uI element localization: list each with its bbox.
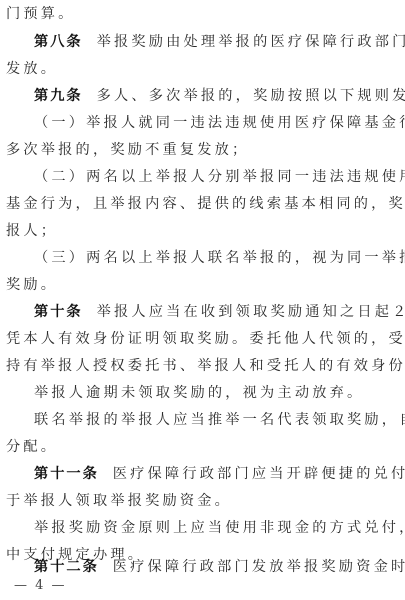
text-line: 凭本人有效身份证明领取奖励。委托他人代领的，受托人须同时	[6, 329, 399, 349]
document-page: 门预算。 第八条举报奖励由处理举报的医疗保障行政部门负责 发放。 第九条多人、多…	[0, 0, 405, 600]
article-heading: 第十二条	[34, 559, 99, 575]
article-heading: 第九条	[34, 88, 83, 104]
article-heading: 第十条	[34, 304, 83, 320]
article-text: 举报人应当在收到领取奖励通知之日起２个月内，	[97, 304, 405, 320]
article-heading: 第十一条	[34, 466, 99, 482]
article-text: 医疗保障行政部门应当开辟便捷的兑付渠道，便	[113, 466, 405, 482]
text-line: 于举报人领取举报奖励资金。	[6, 491, 399, 511]
text-line: 分配。	[6, 437, 399, 457]
article-11-line: 第十一条医疗保障行政部门应当开辟便捷的兑付渠道，便	[34, 464, 399, 484]
text-line: （一）举报人就同一违法违规使用医疗保障基金行为多处、	[34, 113, 399, 133]
article-8-line: 第八条举报奖励由处理举报的医疗保障行政部门负责	[34, 32, 399, 52]
article-text: 多人、多次举报的，奖励按照以下规则发放：	[97, 88, 405, 104]
text-line: 多次举报的，奖励不重复发放；	[6, 140, 399, 160]
article-text: 举报奖励由处理举报的医疗保障行政部门负责	[97, 34, 405, 50]
article-9-line: 第九条多人、多次举报的，奖励按照以下规则发放：	[34, 86, 399, 106]
text-line: （三）两名以上举报人联名举报的，视为同一举报人发放	[34, 248, 399, 268]
article-text: 医疗保障行政部门发放举报奖励资金时，应当严	[113, 559, 405, 575]
text-line: 奖励。	[6, 275, 399, 295]
text-line: 举报人逾期未领取奖励的，视为主动放弃。	[34, 383, 399, 403]
text-line: 报人；	[6, 221, 399, 241]
page-number: — 4 —	[14, 578, 67, 593]
article-10-line: 第十条举报人应当在收到领取奖励通知之日起２个月内，	[34, 302, 399, 322]
text-line: 门预算。	[6, 4, 399, 24]
text-line: 基金行为，且举报内容、提供的线索基本相同的，奖励最先举	[6, 194, 399, 214]
text-line: 持有举报人授权委托书、举报人和受托人的有效身份证明。	[6, 356, 399, 376]
text-line: 联名举报的举报人应当推举一名代表领取奖励，自行内部	[34, 410, 399, 430]
article-heading: 第八条	[34, 34, 83, 50]
text-line: 举报奖励资金原则上应当使用非现金的方式兑付，按国库集	[34, 518, 399, 538]
text-line: （二）两名以上举报人分别举报同一违法违规使用医疗保障	[34, 167, 399, 187]
text-line: 发放。	[6, 59, 399, 79]
article-12-line: 第十二条医疗保障行政部门发放举报奖励资金时，应当严	[34, 557, 399, 577]
